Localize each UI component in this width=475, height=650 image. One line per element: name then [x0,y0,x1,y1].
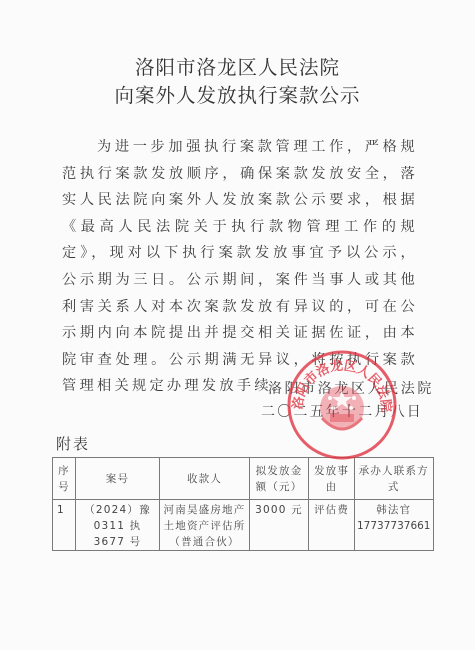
cell-payee: 河南昊盛房地产土地资产评估所（普通合伙） [160,500,250,551]
document-title-line-2: 向案外人发放执行案款公示 [0,80,475,108]
cell-reason: 评估费 [309,500,355,551]
contact-phone: 17737737661 [357,518,431,534]
annex-label: 附表 [56,433,90,454]
table-row: 1 （2024）豫 0311 执 3677 号 河南昊盛房地产土地资产评估所（普… [53,500,434,551]
cell-seq: 1 [53,500,76,551]
header-contact: 承办人联系方式 [355,458,434,500]
cell-case-no: （2024）豫 0311 执 3677 号 [76,500,160,551]
cell-amount: 3000 元 [250,500,309,551]
notice-body: 为进一步加强执行案款管理工作，严格规范执行案款发放顺序，确保案款发放安全，落实人… [62,134,418,400]
payment-table: 序号 案号 收款人 拟发放金额（元） 发放事由 承办人联系方式 1 （2024）… [52,457,434,551]
document-title-line-1: 洛阳市洛龙区人民法院 [0,52,475,80]
table-header-row: 序号 案号 收款人 拟发放金额（元） 发放事由 承办人联系方式 [53,458,434,500]
header-reason: 发放事由 [309,458,355,500]
header-payee: 收款人 [160,458,250,500]
signature-date: 二〇二五年十二月八日 [261,401,423,421]
signature-org: 洛阳市洛龙区人民法院 [268,378,434,398]
header-case-no: 案号 [76,458,160,500]
header-seq: 序号 [53,458,76,500]
cell-contact: 韩法官 17737737661 [355,500,434,551]
contact-name: 韩法官 [357,502,431,518]
header-amount: 拟发放金额（元） [250,458,309,500]
